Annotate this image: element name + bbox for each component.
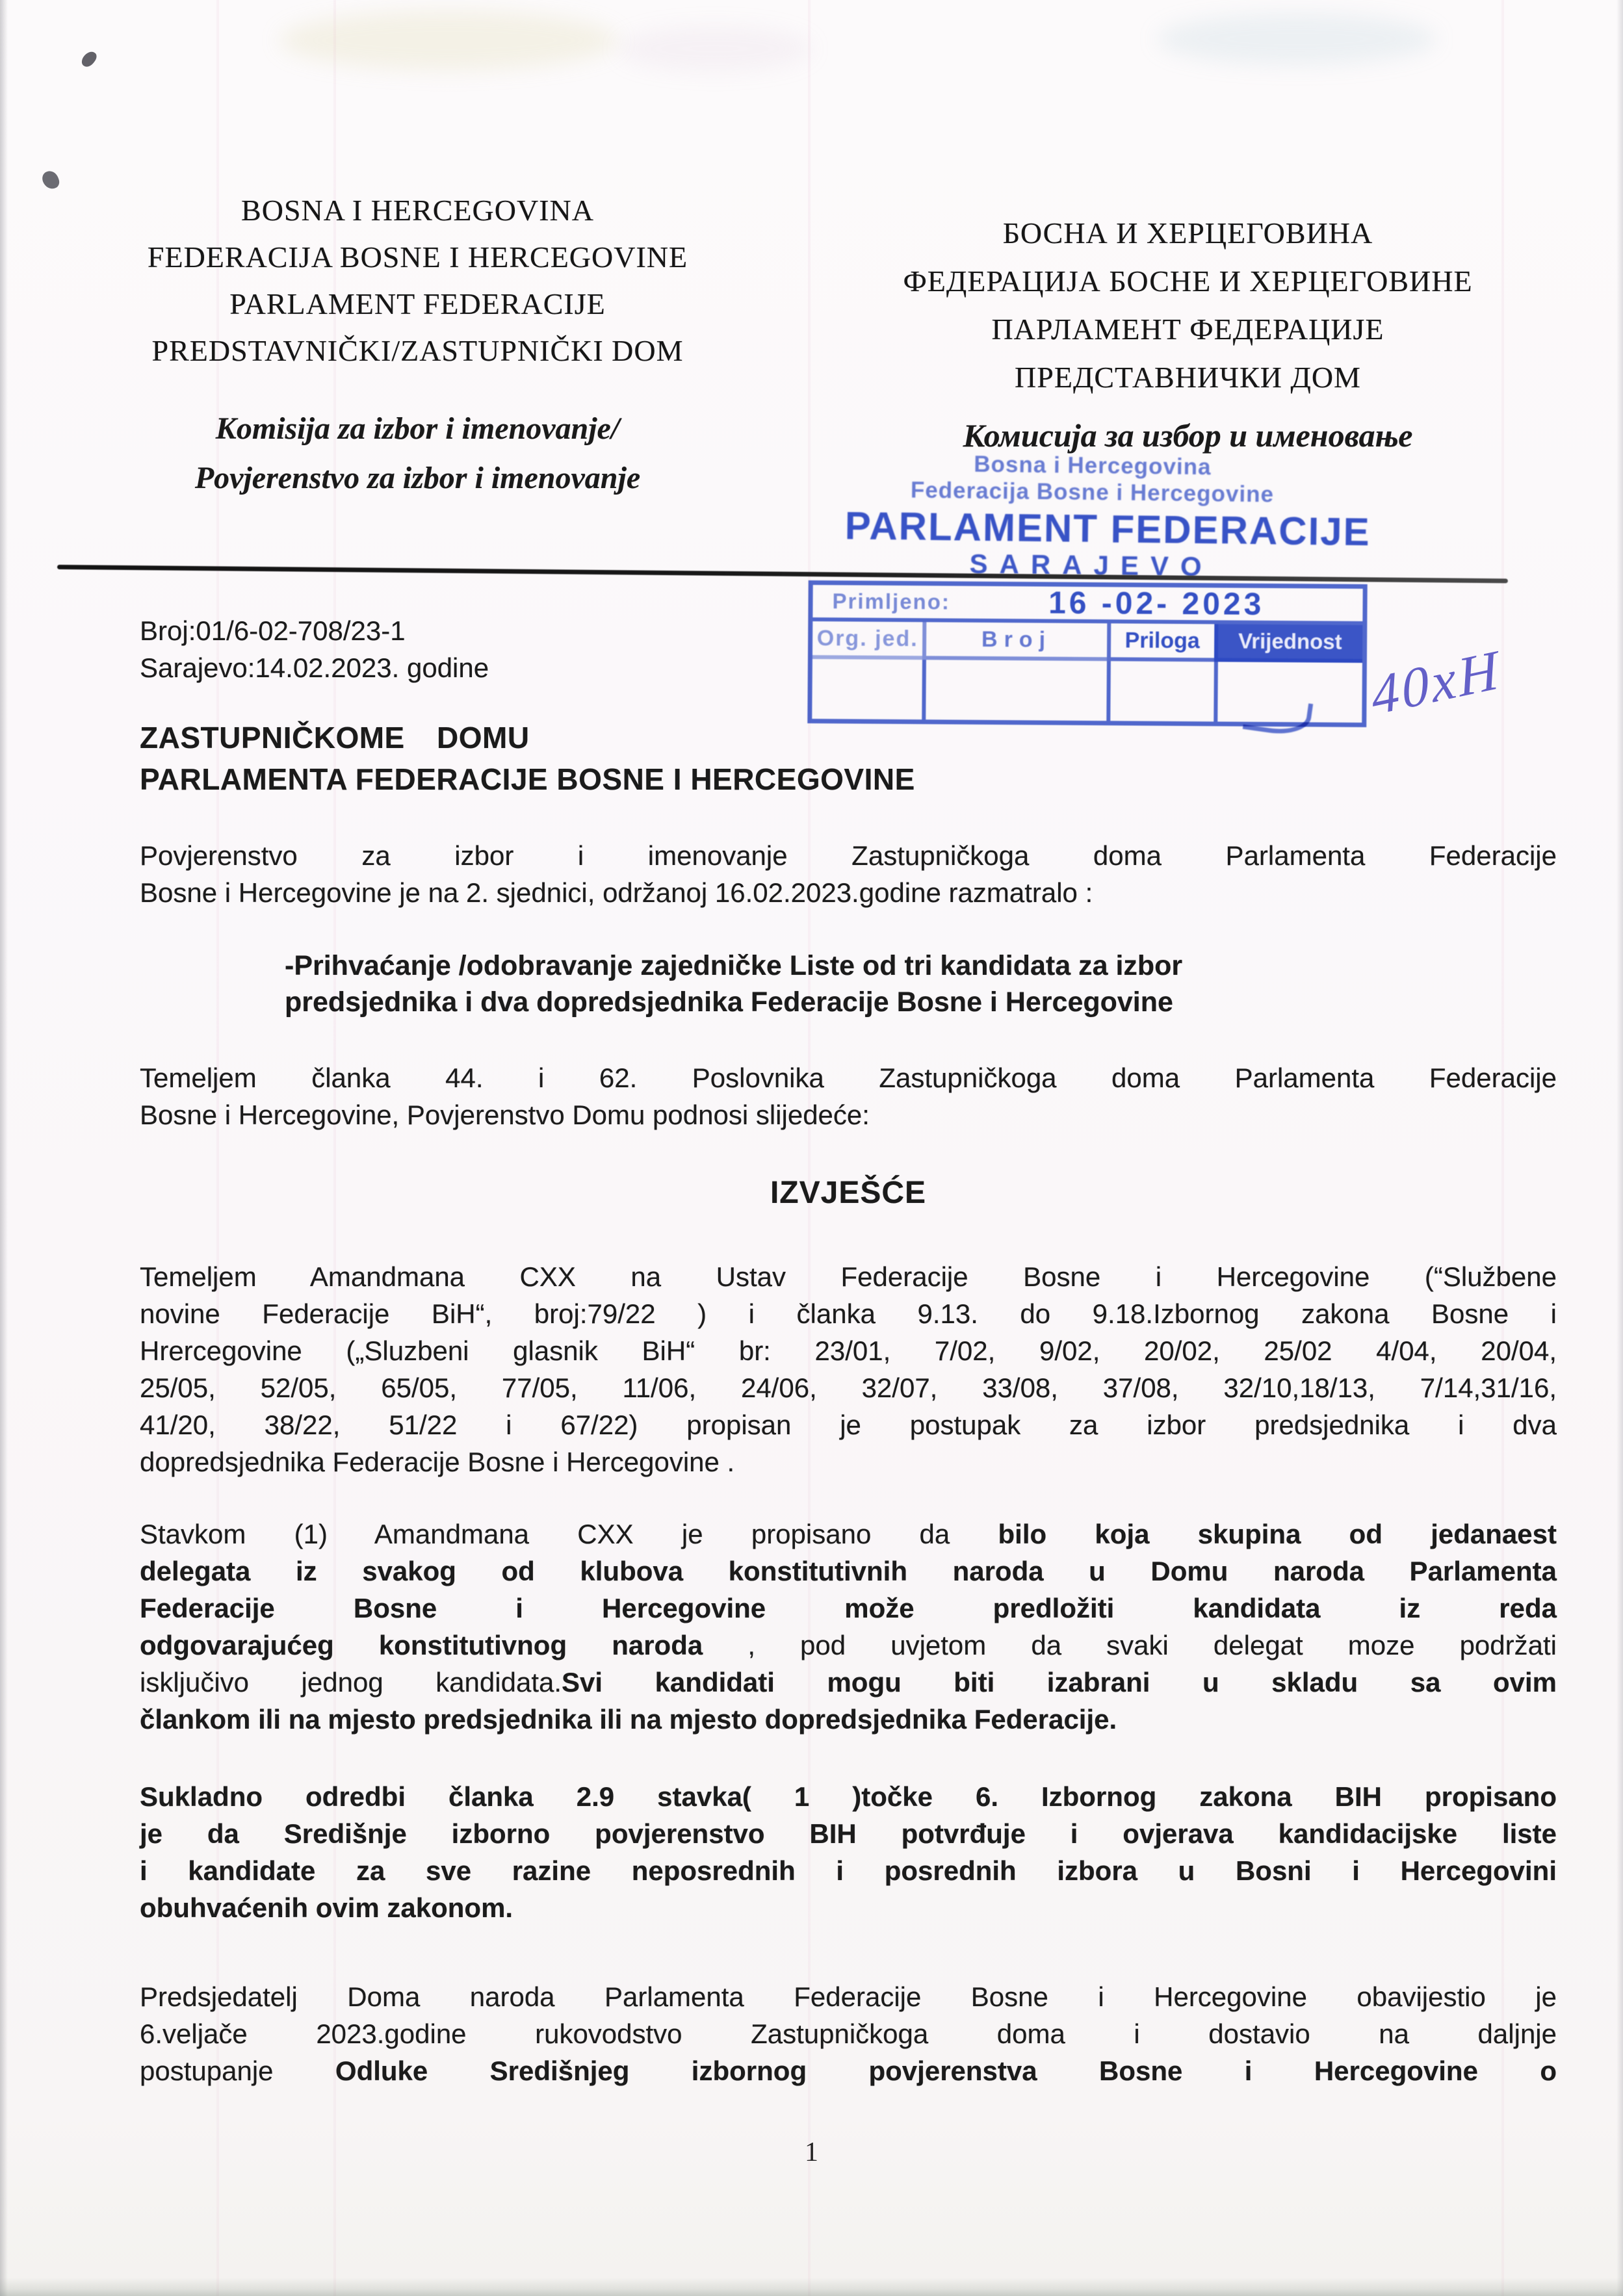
bold-text-segment: Sukladno odredbi članka 2.9 stavka( 1 )t… xyxy=(140,1781,1557,1812)
committee-cyrillic: Комисија за избор и именовање xyxy=(858,416,1518,455)
paragraph-subject: -Prihvaćanje /odobravanje zajedničke Lis… xyxy=(285,948,1390,1020)
stamp-col-header: Org. jed. xyxy=(812,621,923,660)
received-date: 16 -02- 2023 xyxy=(950,584,1363,623)
text-line: delegata iz svakog od klubova konstituti… xyxy=(140,1553,1557,1590)
text-line: je da Središnje izborno povjerenstvo BIH… xyxy=(140,1815,1557,1852)
text-line: -Prihvaćanje /odobravanje zajedničke Lis… xyxy=(285,948,1390,984)
text-segment: Povjerenstvo za izbor i imenovanje Zastu… xyxy=(140,840,1557,871)
scan-smudge xyxy=(1157,13,1436,65)
bold-text-segment: i kandidate za sve razine neposrednih i … xyxy=(140,1855,1557,1886)
stamp-empty-cell xyxy=(812,659,922,719)
text-line: Povjerenstvo za izbor i imenovanje Zastu… xyxy=(140,837,1557,874)
text-line: Temeljem Amandmana CXX na Ustav Federaci… xyxy=(140,1258,1557,1295)
text-segment: Hrercegovine („Sluzbeni glasnik BiH“ br:… xyxy=(140,1335,1557,1366)
scan-smudge xyxy=(617,26,812,71)
page-number: 1 xyxy=(0,2137,1623,2168)
letterhead-line: PARLAMENT FEDERACIJE xyxy=(120,281,715,328)
text-line: Bosne i Hercegovine, Povjerenstvo Domu p… xyxy=(140,1096,1557,1133)
bold-text-segment: bilo koja skupina od jedanaest xyxy=(998,1519,1557,1549)
scanned-document-page: BOSNA I HERCEGOVINAFEDERACIJA BOSNE I HE… xyxy=(0,0,1623,2296)
bold-text-segment: Svi kandidati mogu biti izabrani u sklad… xyxy=(562,1667,1557,1697)
letterhead-line: ПАРЛАМЕНТ ФЕДЕРАЦИЈЕ xyxy=(858,305,1518,354)
stamp-received-row: Primljeno: 16 -02- 2023 xyxy=(812,585,1362,625)
committee-latin: Komisija za izbor i imenovanje/Povjerens… xyxy=(120,404,715,503)
text-line: novine Federacije BiH“, broj:79/22 ) i č… xyxy=(140,1295,1557,1332)
text-segment: Temeljem članka 44. i 62. Poslovnika Zas… xyxy=(140,1063,1557,1093)
text-segment: Stavkom (1) Amandmana CXX je propisano d… xyxy=(140,1519,998,1549)
text-line: Sukladno odredbi članka 2.9 stavka( 1 )t… xyxy=(140,1778,1557,1815)
text-line: postupanje Odluke Središnjeg izbornog po… xyxy=(140,2052,1557,2089)
text-segment: isključivo jednog kandidata. xyxy=(140,1667,562,1697)
text-segment: 41/20, 38/22, 51/22 i 67/22) propisan je… xyxy=(140,1410,1557,1440)
receipt-stamp-institution: Bosna i Hercegovina Federacija Bosne i H… xyxy=(844,449,1340,584)
letterhead-line: PREDSTAVNIČKI/ZASTUPNIČKI DOM xyxy=(120,328,715,374)
text-line: isključivo jednog kandidata.Svi kandidat… xyxy=(140,1664,1557,1701)
paragraph-basis: Temeljem članka 44. i 62. Poslovnika Zas… xyxy=(140,1059,1557,1133)
place-date: Sarajevo:14.02.2023. godine xyxy=(140,649,489,686)
text-line: 6.veljače 2023.godine rukovodstvo Zastup… xyxy=(140,2015,1557,2052)
handwritten-note: 40xH xyxy=(1368,636,1503,729)
stamp-col-header: Vrijednost xyxy=(1214,624,1362,663)
stamp-line: PARLAMENT FEDERACIJE xyxy=(844,505,1339,552)
letterhead-line: ПРЕДСТАВНИЧКИ ДОМ xyxy=(858,354,1518,402)
bold-text-segment: obuhvaćenih ovim zakonom. xyxy=(140,1892,513,1923)
stamp-col-header: Broj xyxy=(922,622,1107,661)
committee-line: Komisija za izbor i imenovanje/ xyxy=(120,404,715,454)
paragraph-predsjedatelj: Predsjedatelj Doma naroda Parlamenta Fed… xyxy=(140,1978,1557,2089)
text-segment: Bosne i Hercegovine je na 2. sjednici, o… xyxy=(140,877,1093,908)
text-line: odgovarajućeg konstitutivnog naroda , po… xyxy=(140,1627,1557,1664)
received-label: Primljeno: xyxy=(812,589,950,614)
report-title: IZVJEŠĆE xyxy=(140,1175,1557,1211)
text-segment: dopredsjednika Federacije Bosne i Herceg… xyxy=(140,1447,734,1477)
bold-text-segment: predsjednika i dva dopredsjednika Federa… xyxy=(285,987,1173,1018)
text-segment: Temeljem Amandmana CXX na Ustav Federaci… xyxy=(140,1261,1557,1292)
scan-edge-right xyxy=(1617,0,1623,2296)
text-segment: 6.veljače 2023.godine rukovodstvo Zastup… xyxy=(140,2019,1557,2049)
text-line: Predsjedatelj Doma naroda Parlamenta Fed… xyxy=(140,1978,1557,2015)
text-segment: , pod uvjetom da svaki delegat moze podr… xyxy=(747,1630,1557,1660)
text-line: Temeljem članka 44. i 62. Poslovnika Zas… xyxy=(140,1059,1557,1096)
stamp-line: Federacija Bosne i Hercegovine xyxy=(845,476,1339,508)
ink-speck xyxy=(40,169,61,192)
reference-number: Broj:01/6-02-708/23-1 xyxy=(140,612,489,649)
letterhead-line: ФЕДЕРАЦИЈА БОСНЕ И ХЕРЦЕГОВИНЕ xyxy=(858,257,1518,305)
text-line: predsjednika i dva dopredsjednika Federa… xyxy=(285,984,1390,1020)
text-segment: postupanje xyxy=(140,2056,335,2086)
bold-text-segment: je da Središnje izborno povjerenstvo BIH… xyxy=(140,1818,1557,1849)
paragraph-amendment: Temeljem Amandmana CXX na Ustav Federaci… xyxy=(140,1258,1557,1480)
committee-line: Povjerenstvo za izbor i imenovanje xyxy=(120,454,715,503)
paragraph-intro: Povjerenstvo za izbor i imenovanje Zastu… xyxy=(140,837,1557,911)
text-line: i kandidate za sve razine neposrednih i … xyxy=(140,1852,1557,1889)
bold-text-segment: Federacije Bosne i Hercegovine može pred… xyxy=(140,1593,1557,1623)
text-line: obuhvaćenih ovim zakonom. xyxy=(140,1889,1557,1926)
reference-block: Broj:01/6-02-708/23-1 Sarajevo:14.02.202… xyxy=(140,612,489,686)
bold-text-segment: delegata iz svakog od klubova konstituti… xyxy=(140,1556,1557,1586)
letterhead-cyrillic: БОСНА И ХЕРЦЕГОВИНАФЕДЕРАЦИЈА БОСНЕ И ХЕ… xyxy=(858,209,1518,402)
bold-text-segment: člankom ili na mjesto predsjednika ili n… xyxy=(140,1704,1117,1735)
paragraph-sukladno: Sukladno odredbi članka 2.9 stavka( 1 )t… xyxy=(140,1778,1557,1926)
stamp-empty-cell xyxy=(922,660,1106,721)
letterhead-latin: BOSNA I HERCEGOVINAFEDERACIJA BOSNE I HE… xyxy=(120,187,715,374)
letterhead-line: BOSNA I HERCEGOVINA xyxy=(120,187,715,234)
scan-smudge xyxy=(279,10,617,70)
ink-speck xyxy=(79,49,99,70)
text-line: dopredsjednika Federacije Bosne i Herceg… xyxy=(140,1443,1557,1480)
stamp-col-header: Priloga xyxy=(1107,623,1214,662)
stamp-empty-cell xyxy=(1106,661,1214,721)
letterhead-line: FEDERACIJA BOSNE I HERCEGOVINE xyxy=(120,234,715,281)
text-line: Hrercegovine („Sluzbeni glasnik BiH“ br:… xyxy=(140,1332,1557,1369)
scan-edge-bottom xyxy=(0,2278,1623,2296)
text-line: Bosne i Hercegovine je na 2. sjednici, o… xyxy=(140,874,1557,911)
addressee-block: ZASTUPNIČKOME DOMU PARLAMENTA FEDERACIJE… xyxy=(140,717,915,800)
text-segment: novine Federacije BiH“, broj:79/22 ) i č… xyxy=(140,1298,1557,1329)
text-line: Federacije Bosne i Hercegovine može pred… xyxy=(140,1590,1557,1627)
scanner-streak xyxy=(808,0,811,2296)
bold-text-segment: -Prihvaćanje /odobravanje zajedničke Lis… xyxy=(285,950,1182,981)
paragraph-stavkom: Stavkom (1) Amandmana CXX je propisano d… xyxy=(140,1516,1557,1738)
text-segment: Predsjedatelj Doma naroda Parlamenta Fed… xyxy=(140,1981,1557,2012)
text-segment: 25/05, 52/05, 65/05, 77/05, 11/06, 24/06… xyxy=(140,1373,1557,1403)
text-line: člankom ili na mjesto predsjednika ili n… xyxy=(140,1701,1557,1738)
addressee-line: PARLAMENTA FEDERACIJE BOSNE I HERCEGOVIN… xyxy=(140,758,915,800)
letterhead-line: БОСНА И ХЕРЦЕГОВИНА xyxy=(858,209,1518,257)
bold-text-segment: Odluke Središnjeg izbornog povjerenstva … xyxy=(335,2056,1557,2086)
scan-edge-left xyxy=(0,0,8,2296)
text-line: 25/05, 52/05, 65/05, 77/05, 11/06, 24/06… xyxy=(140,1369,1557,1406)
addressee-line: ZASTUPNIČKOME DOMU xyxy=(140,717,915,758)
text-line: Stavkom (1) Amandmana CXX je propisano d… xyxy=(140,1516,1557,1553)
bold-text-segment: odgovarajućeg konstitutivnog naroda xyxy=(140,1630,747,1660)
text-line: 41/20, 38/22, 51/22 i 67/22) propisan je… xyxy=(140,1406,1557,1443)
text-segment: Bosne i Hercegovine, Povjerenstvo Domu p… xyxy=(140,1100,870,1130)
